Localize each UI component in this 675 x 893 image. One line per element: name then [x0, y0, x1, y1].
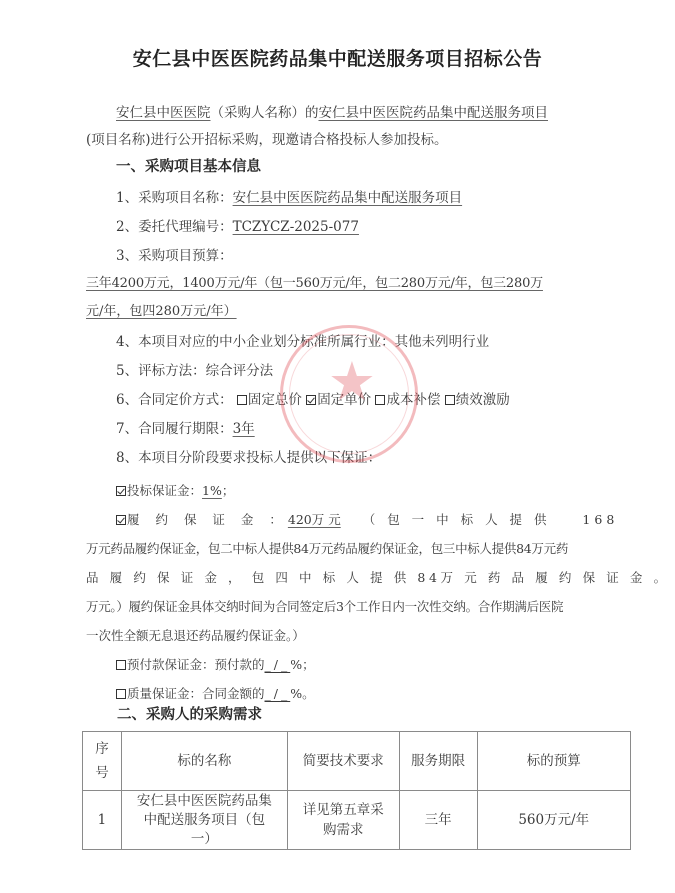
cell-service-term: 三年 [399, 791, 477, 850]
item-1-value: 安仁县中医医院药品集中配送服务项目 [233, 190, 463, 206]
budget-line-1: 三年4200万元，1400万元/年（包一560万元/年，包二280万元/年，包三… [86, 274, 586, 294]
prepayment-bond-value: _/_ [265, 655, 291, 675]
item-6: 6、合同定价方式： 固定总价 固定单价 成本补偿 绩效激励 [116, 390, 616, 410]
pricing-option-performance-incentive[interactable]: 绩效激励 [445, 392, 510, 408]
item-2: 2、委托代理编号：TCZYCZ-2025-077 [116, 217, 616, 237]
intro-line-1: 安仁县中医医院（采购人名称）的安仁县中医医院药品集中配送服务项目 [116, 103, 616, 123]
checkbox-unchecked-icon[interactable] [375, 395, 385, 405]
item-7-label: 7、合同履行期限： [116, 421, 233, 437]
cell-name: 安仁县中医医院药品集中配送服务项目（包一） [121, 791, 287, 850]
pricing-option-fixed-total[interactable]: 固定总价 [237, 392, 302, 408]
item-7: 7、合同履行期限：3年 [116, 419, 616, 439]
pricing-option-cost-reimbursement[interactable]: 成本补偿 [375, 392, 440, 408]
perf-bond-value: 420万 元 [288, 510, 363, 530]
cell-budget: 560万元/年 [477, 791, 631, 850]
header-cell-index: 序号 [83, 732, 122, 791]
item-1-label: 1、采购项目名称： [116, 190, 233, 206]
checkbox-checked-icon[interactable] [306, 395, 316, 405]
checkbox-checked-icon[interactable] [116, 515, 126, 525]
bid-bond: 投标保证金：1%； [116, 481, 616, 501]
pricing-option-fixed-unit[interactable]: 固定单价 [306, 392, 371, 408]
section-2-heading: 二、采购人的采购需求 [117, 705, 617, 725]
perf-bond-line-5: 一次性全额无息退还药品履约保证金。） [86, 626, 586, 646]
item-6-label: 6、合同定价方式： [116, 392, 233, 408]
checkbox-unchecked-icon[interactable] [445, 395, 455, 405]
perf-bond-line-4: 万元。）履约保证金具体交纳时间为合同签定后3个工作日内一次性交纳。合作期满后医院 [86, 597, 586, 617]
perf-bond-line-2: 万元药品履约保证金，包二中标人提供84万元药品履约保证金，包三中标人提供84万元… [86, 539, 586, 559]
table-row: 1 安仁县中医医院药品集中配送服务项目（包一） 详见第五章采购需求 三年 560… [83, 791, 631, 850]
item-7-value: 3年 [233, 421, 255, 437]
item-8: 8、本项目分阶段要求投标人提供以下保证： [116, 448, 616, 468]
cell-tech-req: 详见第五章采购需求 [287, 791, 399, 850]
purchaser-label: （采购人名称）的 [211, 105, 319, 121]
budget-line-2: 元/年，包四280万元/年） [86, 302, 586, 322]
header-cell-name: 标的名称 [121, 732, 287, 791]
requirements-table: 序号 标的名称 简要技术要求 服务期限 标的预算 1 安仁县中医医院药品集中配送… [82, 731, 631, 850]
perf-bond-line-1-rest: （ 包 一 中 标 人 提 供 168 [363, 510, 619, 530]
prepayment-bond: 预付款保证金：预付款的_/_%； [116, 655, 616, 675]
checkbox-unchecked-icon[interactable] [116, 660, 126, 670]
item-3-label: 3、采购项目预算： [116, 246, 616, 266]
item-2-label: 2、委托代理编号： [116, 219, 233, 235]
intro-line-2: (项目名称)进行公开招标采购，现邀请合格投标人参加投标。 [86, 130, 586, 150]
item-2-value: TCZYCZ-2025-077 [233, 219, 359, 235]
section-1-heading: 一、采购项目基本信息 [116, 157, 616, 177]
perf-bond-line-1: 履 约 保 证 金 ： 420万 元 （ 包 一 中 标 人 提 供 168 [116, 510, 582, 530]
checkbox-unchecked-icon[interactable] [237, 395, 247, 405]
item-5: 5、评标方法：综合评分法 [116, 361, 616, 381]
checkbox-unchecked-icon[interactable] [116, 689, 126, 699]
header-cell-tech-req: 简要技术要求 [287, 732, 399, 791]
cell-index: 1 [83, 791, 122, 850]
item-4: 4、本项目对应的中小企业划分标准所属行业：其他未列明行业 [116, 332, 616, 352]
intro-project-name: 安仁县中医医院药品集中配送服务项目 [319, 105, 549, 121]
header-cell-service-term: 服务期限 [399, 732, 477, 791]
table-header-row: 序号 标的名称 简要技术要求 服务期限 标的预算 [83, 732, 631, 791]
perf-bond-line-3: 品 履 约 保 证 金 ， 包 四 中 标 人 提 供 84万 元 药 品 履 … [86, 568, 586, 588]
quality-bond: 质量保证金：合同金额的_/_%。 [116, 684, 616, 704]
purchaser-name: 安仁县中医医院 [116, 105, 211, 121]
document-page: 安仁县中医医院药品集中配送服务项目招标公告 安仁县中医医院（采购人名称）的安仁县… [0, 0, 675, 893]
document-title: 安仁县中医医院药品集中配送服务项目招标公告 [0, 44, 675, 71]
item-1: 1、采购项目名称：安仁县中医医院药品集中配送服务项目 [116, 188, 616, 208]
header-cell-budget: 标的预算 [477, 732, 631, 791]
checkbox-checked-icon[interactable] [116, 486, 126, 496]
bid-bond-value: 1% [202, 483, 222, 498]
quality-bond-value: _/_ [265, 684, 291, 704]
perf-bond-label: 履 约 保 证 金 ： [127, 512, 288, 527]
